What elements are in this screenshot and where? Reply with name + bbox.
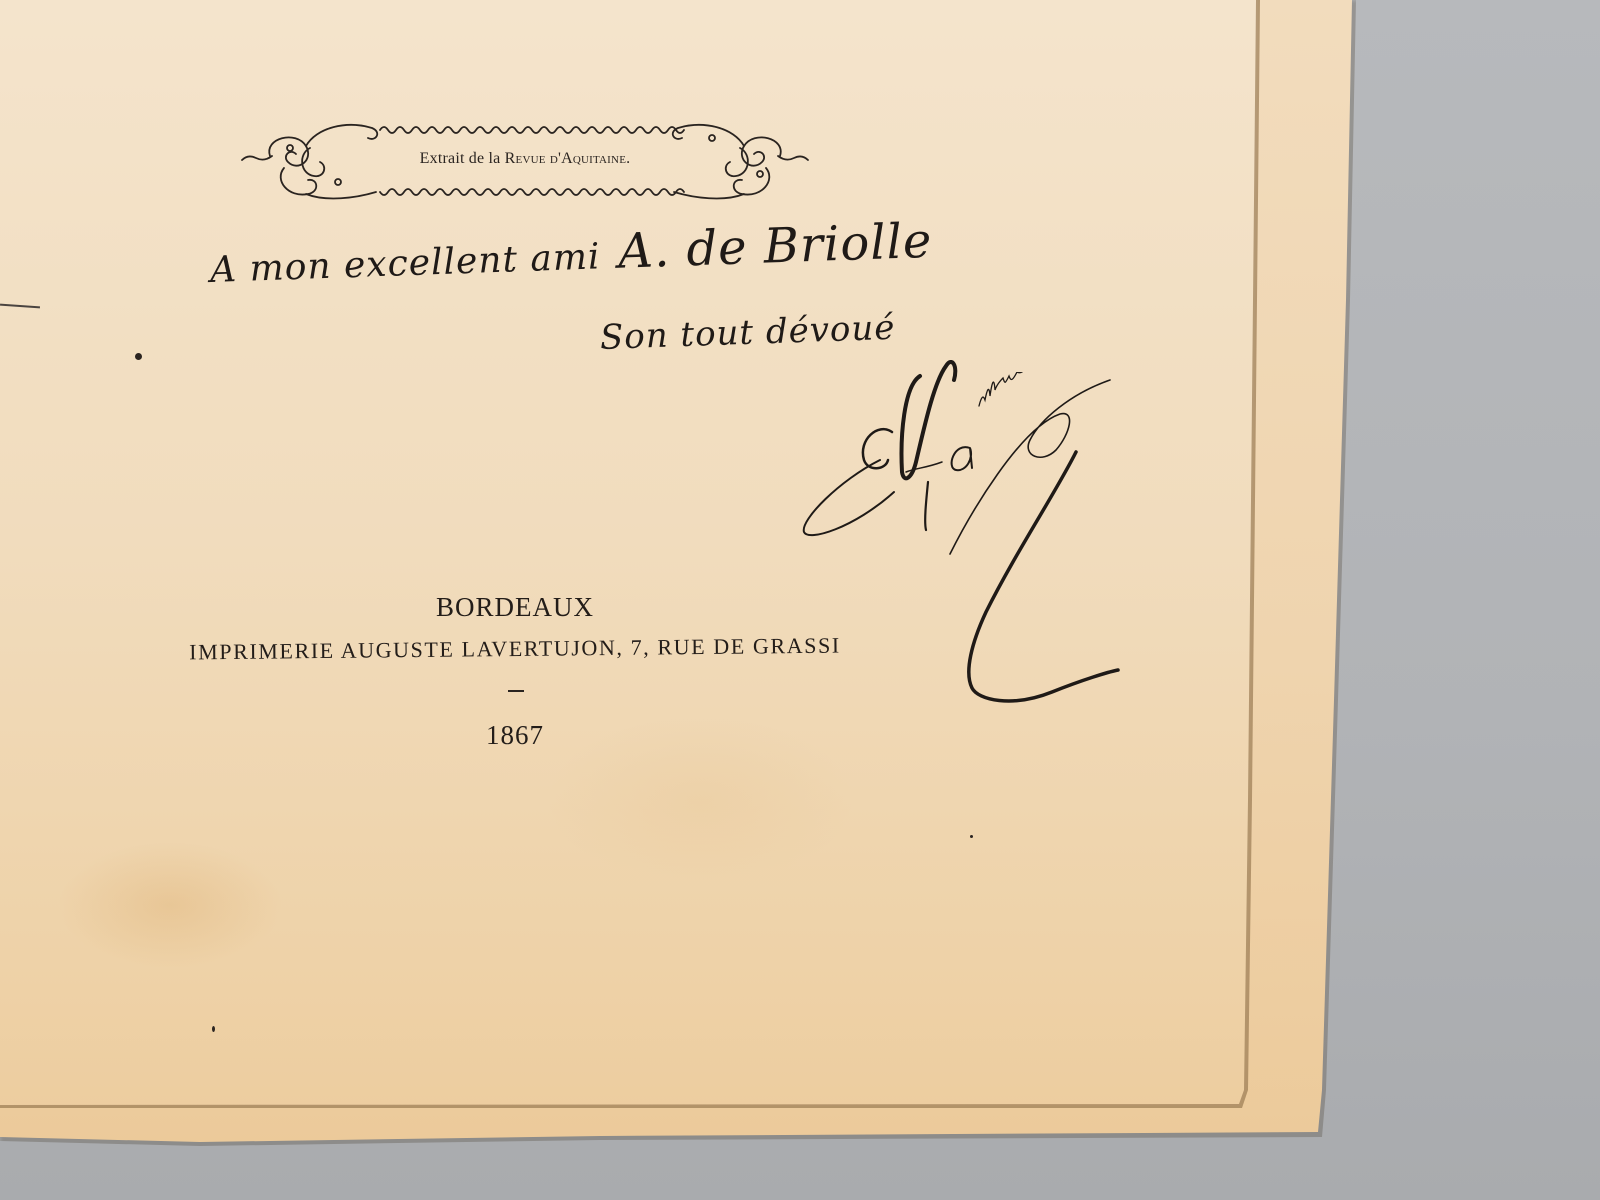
ink-speck [970,835,973,838]
extract-prefix: Extrait de la [420,150,505,167]
header-cartouche: Extrait de la Revue d'Aquitaine. [240,118,810,208]
signature-script-icon [975,372,1055,412]
imprint-city: BORDEAUX [0,592,1030,623]
imprint-separator [508,690,524,692]
journal-name: Revue d'Aquitaine [505,150,626,167]
photo-scene: Extrait de la Revue d'Aquitaine. A mon e… [0,0,1600,1200]
ink-speck [135,353,142,360]
extract-suffix: . [626,150,630,167]
dedication-recipient: A. de Briolle [617,213,933,280]
ink-speck [212,1026,215,1032]
extract-notice: Extrait de la Revue d'Aquitaine. [240,150,810,168]
imprint-year: 1867 [0,720,1030,751]
